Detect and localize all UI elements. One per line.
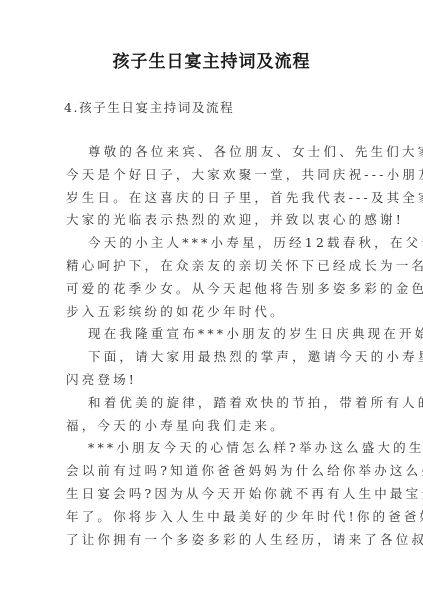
text-line: 可爱的花季少女。从今天起他将告别多姿多彩的金色童年， (66, 278, 366, 301)
document-body: 尊敬的各位来宾、各位朋友、女士们、先生们大家好! 今天是个好日子，大家欢聚一堂，… (66, 141, 366, 551)
document-page: 孩子生日宴主持词及流程 4.孩子生日宴主持词及流程 尊敬的各位来宾、各位朋友、女… (0, 0, 423, 600)
text-line: 和着优美的旋律，踏着欢快的节拍，带着所有人的祝 (66, 392, 366, 415)
text-line: 今天的小主人***小寿星，历经12载春秋，在父母的 (66, 232, 366, 255)
text-line: 生日宴会吗?因为从今天开始你就不再有人生中最宝贵的童 (66, 483, 366, 506)
document-title: 孩子生日宴主持词及流程 (0, 50, 423, 74)
text-line: 今天是个好日子，大家欢聚一堂，共同庆祝---小朋友十二 (66, 164, 366, 187)
text-line: 尊敬的各位来宾、各位朋友、女士们、先生们大家好! (66, 141, 366, 164)
text-line: 现在我隆重宣布***小朋友的岁生日庆典现在开始。 (66, 323, 366, 346)
text-line: 闪亮登场! (66, 369, 366, 392)
section-heading: 4.孩子生日宴主持词及流程 (64, 98, 234, 118)
text-line: 福，今天的小寿星向我们走来。 (66, 415, 366, 438)
text-line: 步入五彩缤纷的如花少年时代。 (66, 301, 366, 324)
text-line: 年了。你将步入人生中最美好的少年时代!你的爸爸妈妈为 (66, 506, 366, 529)
text-line: 了让你拥有一个多姿多彩的人生经历，请来了各位叔叔阿 (66, 529, 366, 552)
text-line: 下面，请大家用最热烈的掌声，邀请今天的小寿星*** (66, 346, 366, 369)
text-line: 岁生日。在这喜庆的日子里，首先我代表---及其全家，对 (66, 187, 366, 210)
text-line: 大家的光临表示热烈的欢迎，并致以衷心的感谢! (66, 209, 366, 232)
text-line: ***小朋友今天的心情怎么样?举办这么盛大的生日宴 (66, 437, 366, 460)
text-line: 会以前有过吗?知道你爸爸妈妈为什么给你举办这么盛大的 (66, 460, 366, 483)
text-line: 精心呵护下，在众亲友的亲切关怀下已经成长为一名活泼 (66, 255, 366, 278)
